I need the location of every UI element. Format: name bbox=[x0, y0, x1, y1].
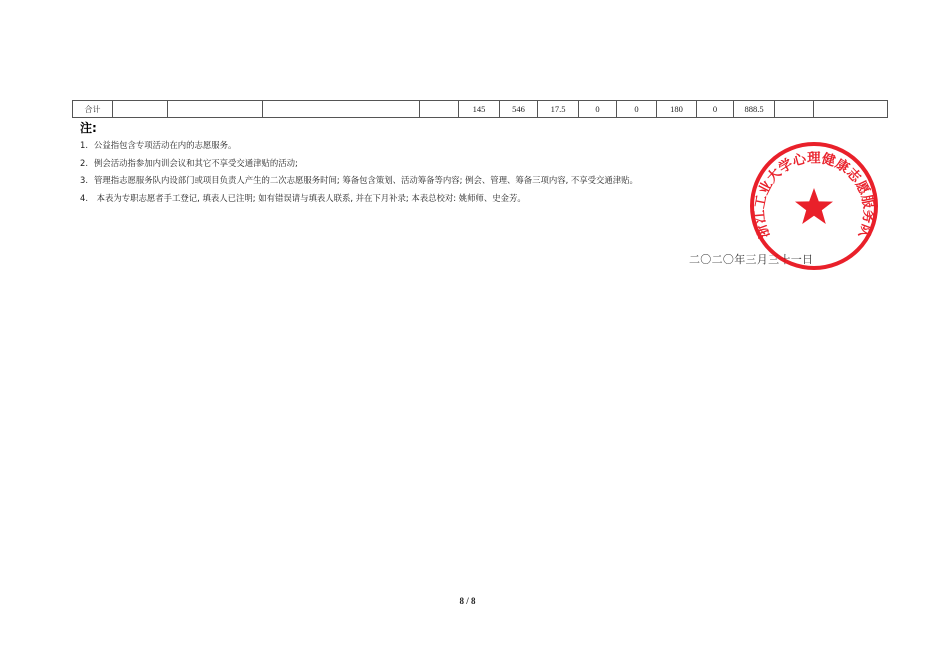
total-cell bbox=[775, 101, 814, 118]
summary-table: 合计 145 546 17.5 0 0 180 0 888.5 bbox=[72, 100, 888, 118]
note-number: 4. bbox=[80, 190, 94, 208]
total-cell: 17.5 bbox=[538, 101, 579, 118]
total-cell: 0 bbox=[617, 101, 657, 118]
total-cell: 888.5 bbox=[734, 101, 775, 118]
note-number: 1. bbox=[80, 137, 94, 155]
notes-section: 注: 1.公益指包含专项活动在内的志愿服务。 2.例会活动指参加内训会议和其它不… bbox=[80, 121, 780, 207]
total-cell: 0 bbox=[697, 101, 734, 118]
total-label: 合计 bbox=[73, 101, 113, 118]
total-cell: 0 bbox=[579, 101, 617, 118]
note-text: 管理指志愿服务队内设部门或项目负责人产生的二次志愿服务时间; 筹备包含策划、活动… bbox=[94, 175, 638, 185]
note-number: 3. bbox=[80, 172, 94, 190]
note-text: 本表为专职志愿者手工登记, 填表人已注明; 如有错误请与填表人联系, 并在下月补… bbox=[94, 193, 526, 203]
note-item: 1.公益指包含专项活动在内的志愿服务。 bbox=[80, 137, 780, 155]
total-cell bbox=[168, 101, 263, 118]
notes-title: 注: bbox=[80, 121, 780, 135]
note-number: 2. bbox=[80, 155, 94, 173]
note-item: 4. 本表为专职志愿者手工登记, 填表人已注明; 如有错误请与填表人联系, 并在… bbox=[80, 190, 780, 208]
total-cell bbox=[420, 101, 459, 118]
document-page: 合计 145 546 17.5 0 0 180 0 888.5 注: 1.公益指… bbox=[0, 0, 935, 661]
official-seal: 浙江工业大学心理健康志愿服务队 bbox=[748, 140, 880, 272]
page-number: 8 / 8 bbox=[0, 596, 935, 606]
total-row: 合计 145 546 17.5 0 0 180 0 888.5 bbox=[73, 101, 888, 118]
total-cell bbox=[263, 101, 420, 118]
note-item: 2.例会活动指参加内训会议和其它不享受交通津贴的活动; bbox=[80, 155, 780, 173]
total-cell bbox=[814, 101, 888, 118]
star-icon bbox=[795, 188, 833, 224]
note-item: 3.管理指志愿服务队内设部门或项目负责人产生的二次志愿服务时间; 筹备包含策划、… bbox=[80, 172, 780, 190]
total-cell: 180 bbox=[657, 101, 697, 118]
note-text: 公益指包含专项活动在内的志愿服务。 bbox=[94, 140, 236, 150]
total-cell bbox=[113, 101, 168, 118]
note-text: 例会活动指参加内训会议和其它不享受交通津贴的活动; bbox=[94, 158, 298, 168]
total-cell: 546 bbox=[500, 101, 538, 118]
total-cell: 145 bbox=[459, 101, 500, 118]
